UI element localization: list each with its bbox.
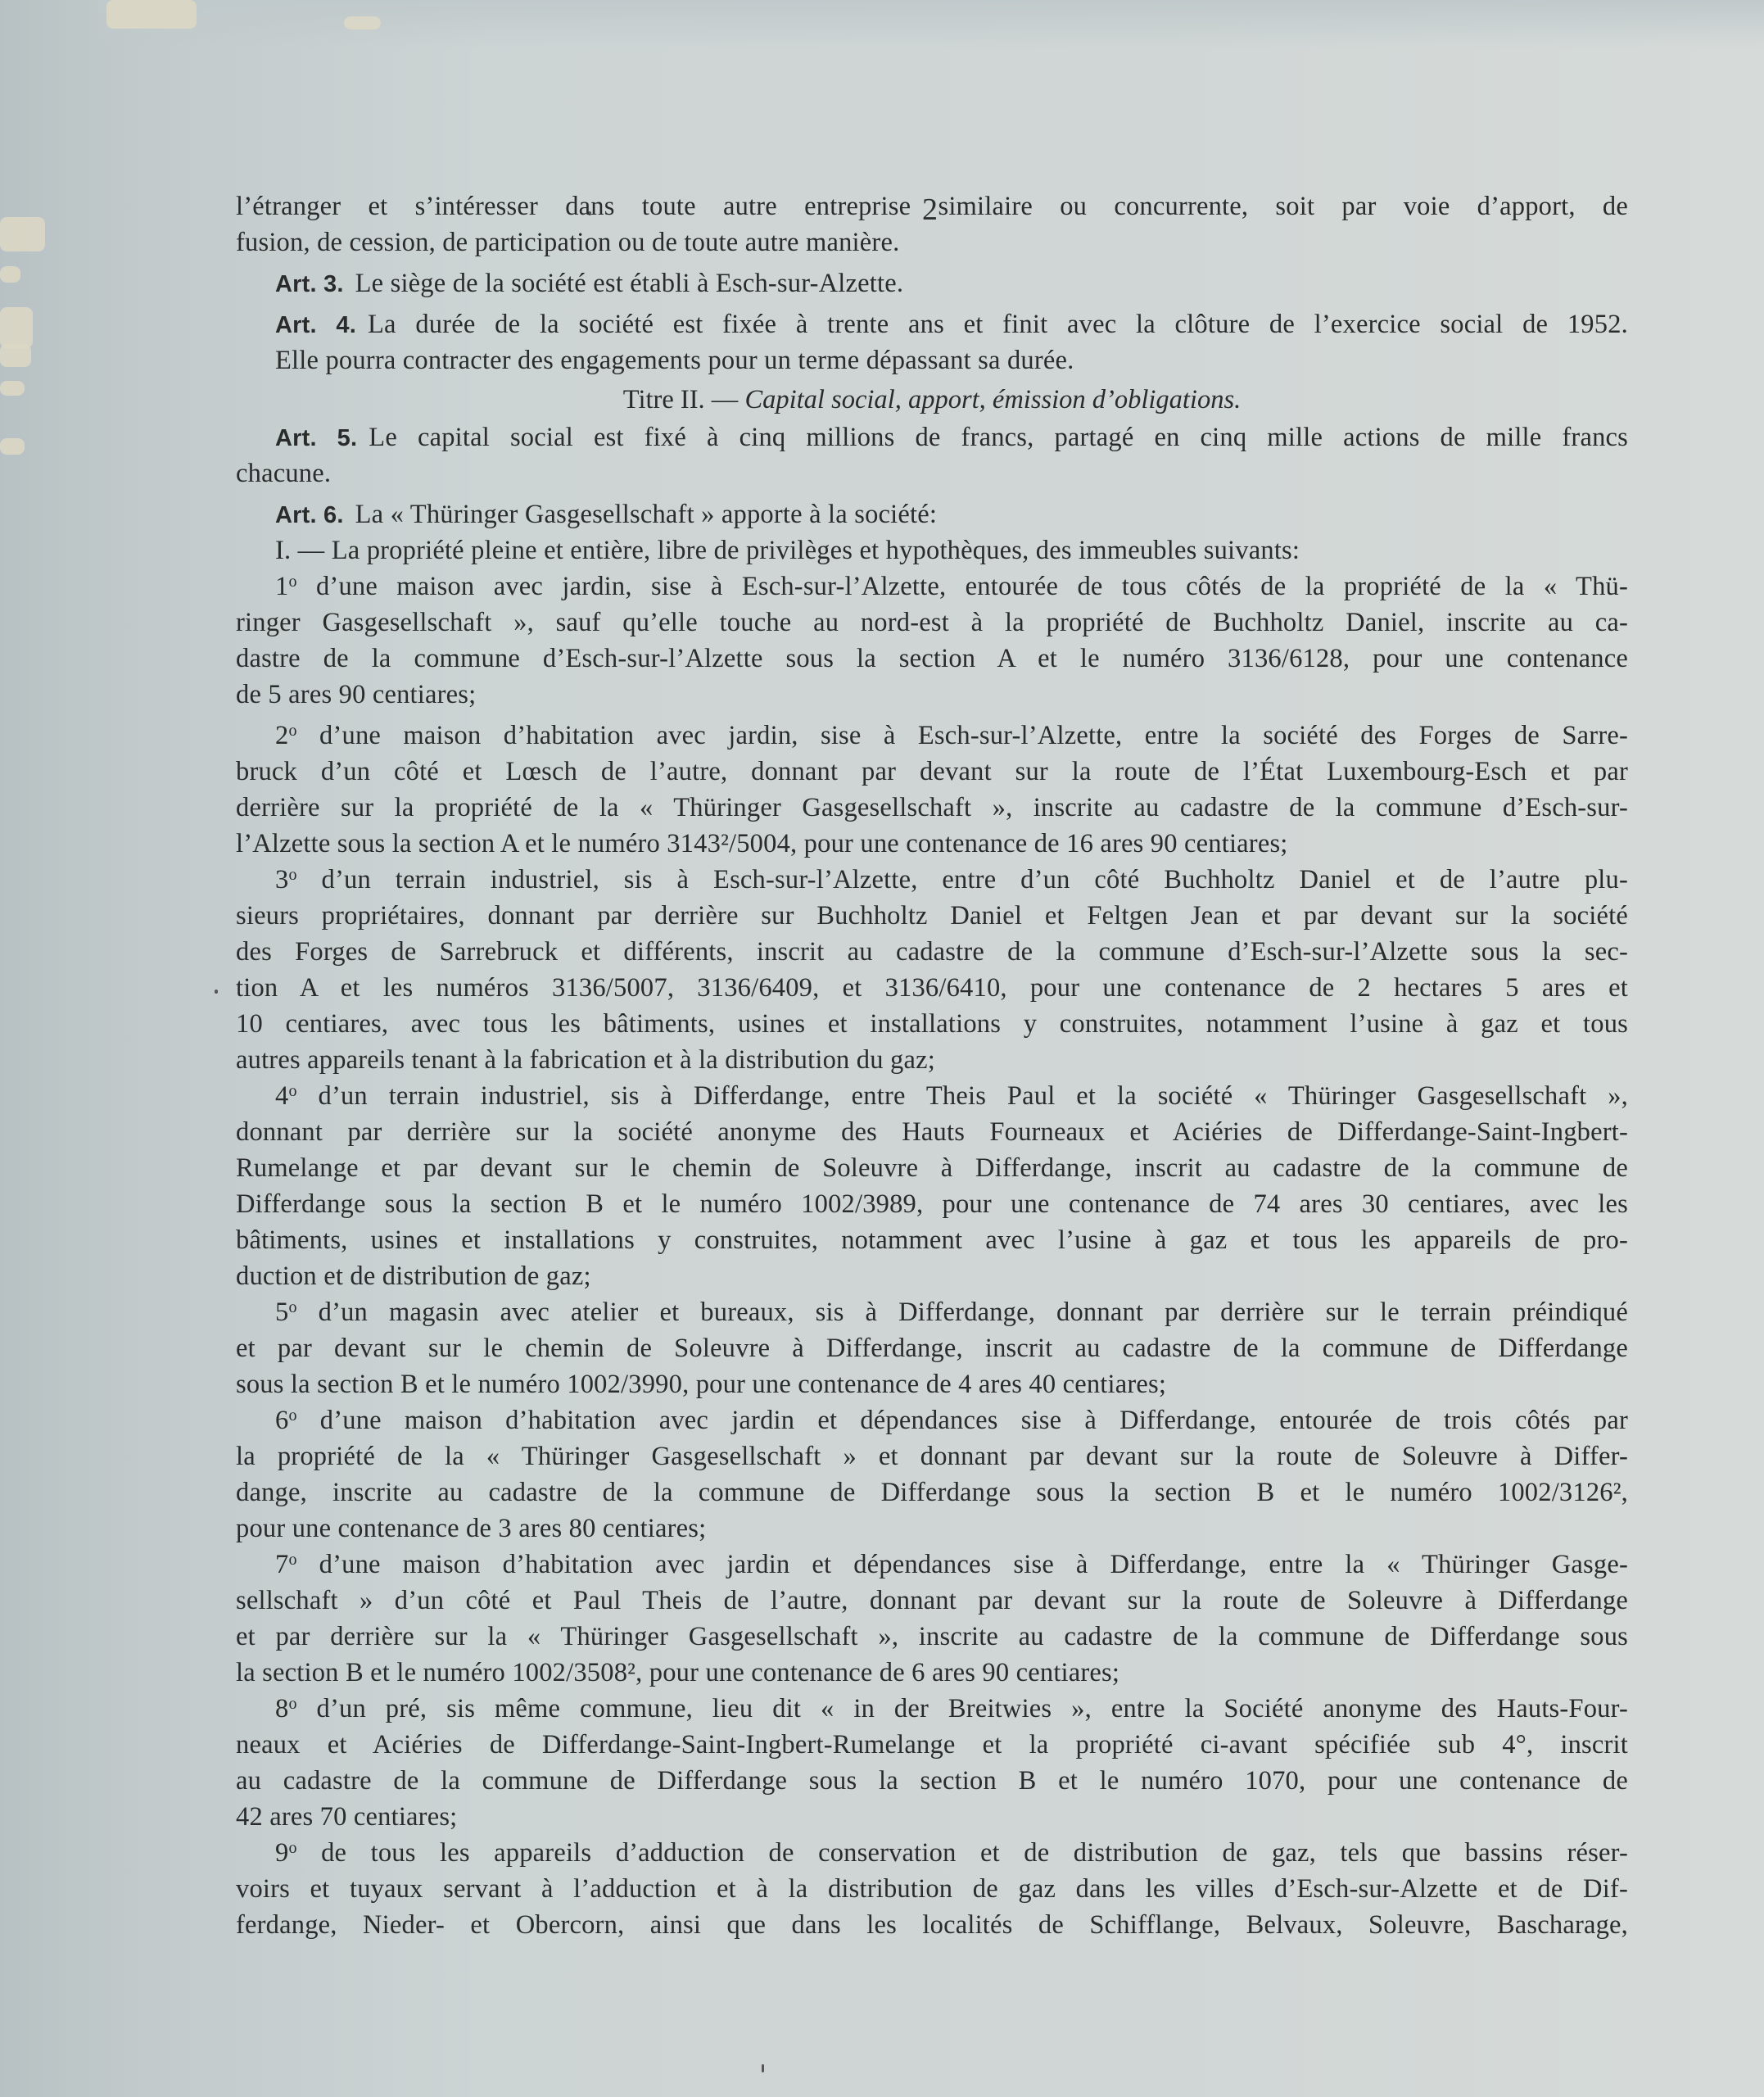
- text-line: pour une contenance de 3 ares 80 centiar…: [236, 1510, 1628, 1547]
- article-6: Art. 6.La « Thüringer Gasgesellschaft » …: [236, 496, 1628, 1943]
- text-line: de tous les appareils d’adduction de con…: [321, 1838, 1628, 1868]
- property-item-1: 1o d’une maison avec jardin, sise à Esch…: [236, 568, 1628, 713]
- print-speck: [215, 990, 218, 994]
- ordinal-marker: o: [288, 722, 296, 740]
- ordinal-marker: o: [288, 1406, 296, 1424]
- section-title-prefix: Titre II. —: [623, 385, 739, 414]
- text-line: I. — La propriété pleine et entière, lib…: [236, 532, 1628, 568]
- ordinal-marker: o: [288, 1082, 296, 1100]
- text-line: ringer Gasgesellschaft », sauf qu’elle t…: [236, 605, 1628, 641]
- text-line: 42 ares 70 centiares;: [236, 1799, 1628, 1835]
- article-label: Art. 3.: [275, 271, 344, 297]
- item-number: 5: [275, 1298, 288, 1327]
- ordinal-marker: o: [288, 866, 296, 884]
- intro-paragraph: l’étranger et s’intéresser dans toute au…: [236, 188, 1628, 260]
- edge-tab-mark: [106, 0, 197, 29]
- text-line: autres appareils tenant à la fabrication…: [236, 1042, 1628, 1078]
- text-line: l’Alzette sous la section A et le numéro…: [236, 826, 1628, 862]
- text-line: d’un magasin avec atelier et bureaux, si…: [319, 1298, 1628, 1327]
- item-number: 4: [275, 1081, 288, 1111]
- text-line: bâtiments, usines et installations y con…: [236, 1222, 1628, 1258]
- text-line: Elle pourra contracter des engagements p…: [236, 342, 1628, 378]
- text-line: et par devant sur le chemin de Soleuvre …: [236, 1330, 1628, 1366]
- article-5: Art. 5.Le capital social est fixé à cinq…: [236, 419, 1628, 491]
- property-item-3: 3o d’un terrain industriel, sis à Esch-s…: [236, 862, 1628, 1078]
- item-number: 2: [275, 721, 288, 750]
- property-item-8: 8o d’un pré, sis même commune, lieu dit …: [236, 1691, 1628, 1835]
- property-item-7: 7o d’une maison d’habitation avec jardin…: [236, 1547, 1628, 1691]
- text-line: la propriété de la « Thüringer Gasgesell…: [236, 1438, 1628, 1474]
- article-label: Art. 6.: [275, 502, 344, 528]
- property-item-6: 6o d’une maison d’habitation avec jardin…: [236, 1402, 1628, 1547]
- property-item-5: 5o d’un magasin avec atelier et bureaux,…: [236, 1294, 1628, 1402]
- section-title-text: Capital social, apport, émission d’oblig…: [744, 385, 1241, 414]
- text-line: d’une maison d’habitation avec jardin et…: [319, 1550, 1628, 1579]
- ordinal-marker: o: [288, 1551, 296, 1569]
- print-speck: [762, 2064, 764, 2072]
- text-line: sous la section B et le numéro 1002/3990…: [236, 1366, 1628, 1402]
- text-line: chacune.: [236, 455, 1628, 491]
- item-number: 9: [275, 1838, 288, 1868]
- edge-tab-mark: [344, 16, 381, 29]
- text-line: derrière sur la propriété de la « Thürin…: [236, 790, 1628, 826]
- edge-tab-mark: [0, 438, 25, 455]
- article-4: Art. 4.La durée de la société est fixée …: [236, 306, 1628, 378]
- text-line: donnant par derrière sur la société anon…: [236, 1114, 1628, 1150]
- text-line: l’étranger et s’intéresser dans toute au…: [236, 188, 1628, 224]
- text-line: d’une maison d’habitation avec jardin et…: [320, 1406, 1628, 1435]
- edge-tab-mark: [0, 266, 20, 283]
- edge-tab-mark: [0, 307, 33, 348]
- item-number: 8: [275, 1694, 288, 1723]
- text-line: d’une maison avec jardin, sise à Esch-su…: [316, 572, 1628, 601]
- ordinal-marker: o: [288, 573, 296, 591]
- section-title: Titre II. — Capital social, apport, émis…: [236, 382, 1628, 419]
- property-item-2: 2o d’une maison d’habitation avec jardin…: [236, 718, 1628, 862]
- edge-tab-mark: [0, 344, 31, 367]
- text-line: et par derrière sur la « Thüringer Gasge…: [236, 1619, 1628, 1655]
- item-number: 1: [275, 572, 288, 601]
- text-line: Differdange sous la section B et le numé…: [236, 1186, 1628, 1222]
- edge-tab-mark: [0, 381, 25, 396]
- property-item-4: 4o d’un terrain industriel, sis à Differ…: [236, 1078, 1628, 1294]
- text-line: sellschaft » d’un côté et Paul Theis de …: [236, 1583, 1628, 1619]
- ordinal-marker: o: [288, 1839, 296, 1857]
- text-line: ferdange, Nieder- et Obercorn, ainsi que…: [236, 1907, 1628, 1943]
- text-line: 10 centiares, avec tous les bâtiments, u…: [236, 1006, 1628, 1042]
- article-label: Art. 5.: [275, 425, 357, 451]
- text-line: fusion, de cession, de participation ou …: [236, 224, 1628, 260]
- text-line: dastre de la commune d’Esch-sur-l’Alzett…: [236, 641, 1628, 677]
- text-line: la section B et le numéro 1002/3508², po…: [236, 1655, 1628, 1691]
- text-line: neaux et Aciéries de Differdange-Saint-I…: [236, 1727, 1628, 1763]
- item-number: 6: [275, 1406, 288, 1435]
- text-line: d’un pré, sis même commune, lieu dit « i…: [317, 1694, 1628, 1723]
- edge-tab-mark: [0, 217, 45, 251]
- item-number: 3: [275, 865, 288, 895]
- text-line: d’une maison d’habitation avec jardin, s…: [319, 721, 1628, 750]
- text-line: La « Thüringer Gasgesellschaft » apporte…: [355, 500, 938, 529]
- text-line: au cadastre de la commune de Differdange…: [236, 1763, 1628, 1799]
- text-line: d’un terrain industriel, sis à Esch-sur-…: [322, 865, 1628, 895]
- article-3: Art. 3.Le siège de la société est établi…: [236, 265, 1628, 301]
- text-line: Rumelange et par devant sur le chemin de…: [236, 1150, 1628, 1186]
- ordinal-marker: o: [288, 1695, 296, 1713]
- document-page: l’étranger et s’intéresser dans toute au…: [236, 188, 1628, 1943]
- property-item-9: 9o de tous les appareils d’adduction de …: [236, 1835, 1628, 1943]
- text-line: d’un terrain industriel, sis à Differdan…: [319, 1081, 1629, 1111]
- text-line: duction et de distribution de gaz;: [236, 1258, 1628, 1294]
- text-line: bruck d’un côté et Lœsch de l’autre, don…: [236, 754, 1628, 790]
- text-line: tion A et les numéros 3136/5007, 3136/64…: [236, 970, 1628, 1006]
- article-label: Art. 4.: [275, 312, 356, 338]
- text-line: Le siège de la société est établi à Esch…: [355, 269, 904, 298]
- item-number: 7: [275, 1550, 288, 1579]
- text-line: dange, inscrite au cadastre de la commun…: [236, 1474, 1628, 1510]
- text-line: sieurs propriétaires, donnant par derriè…: [236, 898, 1628, 934]
- text-line: La durée de la société est fixée à trent…: [368, 310, 1628, 339]
- text-line: voirs et tuyaux servant à l’adduction et…: [236, 1871, 1628, 1907]
- text-line: de 5 ares 90 centiares;: [236, 677, 1628, 713]
- text-line: Le capital social est fixé à cinq millio…: [369, 423, 1628, 452]
- ordinal-marker: o: [288, 1298, 296, 1316]
- text-line: des Forges de Sarrebruck et différents, …: [236, 934, 1628, 970]
